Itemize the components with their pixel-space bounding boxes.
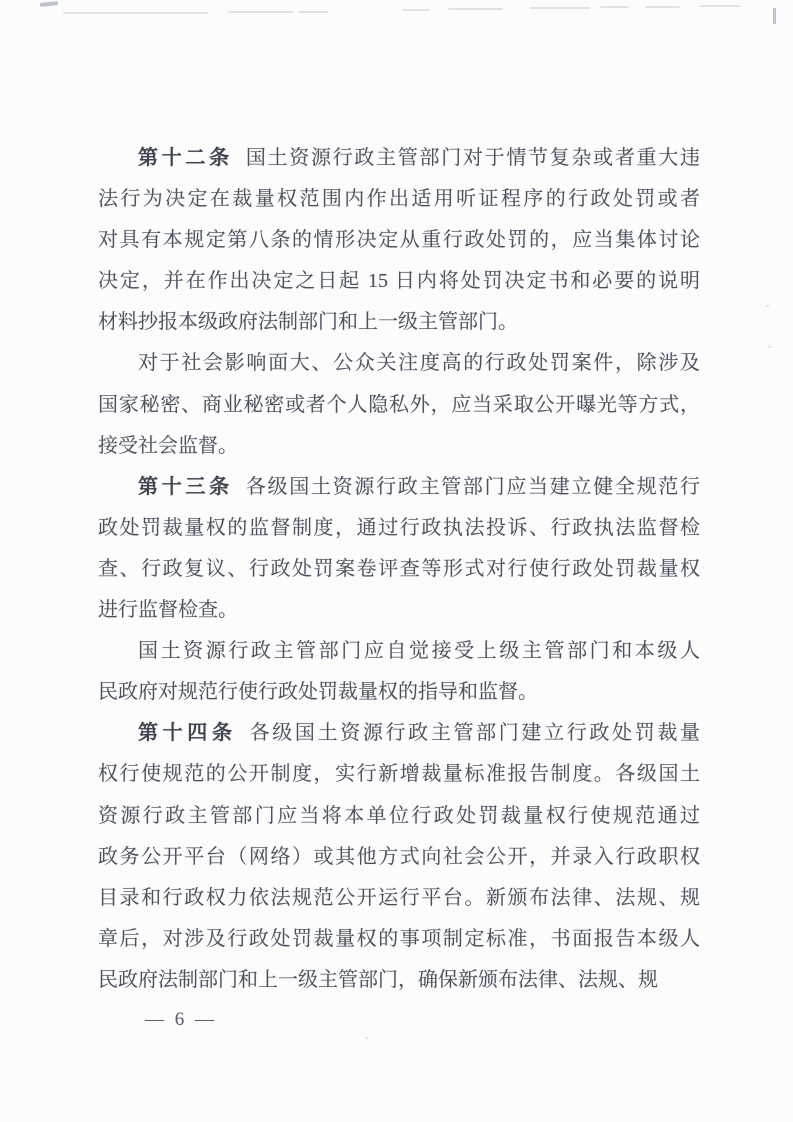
text-line: 政处罚裁量权的监督制度，通过行政执法投诉、行政执法监督检 [98,508,700,549]
text-line: 目录和行政权力依法规范公开运行平台。新颁布法律、法规、规 [98,878,700,919]
scan-artifact [298,11,328,13]
text-line: 民政府法制部门和上一级主管部门，确保新颁布法律、法规、规 [98,960,700,1001]
text-line: 决定，并在作出决定之日起 15 日内将处罚决定书和必要的说明 [98,261,700,302]
scan-artifact [530,7,590,9]
text-line: 查、行政复议、行政处罚案卷评查等形式对行使行政处罚裁量权 [98,549,700,590]
text-line: 进行监督检查。 [98,590,700,631]
article-number: 第十四条 [138,722,237,744]
text-line: 政务公开平台（网络）或其他方式向社会公开，并录入行政职权 [98,837,700,878]
text-line: 第十二条国土资源行政主管部门对于情节复杂或者重大违 [98,138,700,179]
text-line: 接受社会监督。 [98,426,700,467]
text-line: 资源行政主管部门应当将本单位行政处罚裁量权行使规范通过 [98,796,700,837]
scanned-document-page: 第十二条国土资源行政主管部门对于情节复杂或者重大违法行为决定在裁量权范围内作出适… [0,0,793,1122]
text-line: 材料抄报本级政府法制部门和上一级主管部门。 [98,302,700,343]
scan-artifact [645,6,680,8]
scan-artifact [402,9,430,11]
document-body: 第十二条国土资源行政主管部门对于情节复杂或者重大违法行为决定在裁量权范围内作出适… [98,138,700,1001]
scan-speck [768,346,771,348]
text-line: 法行为决定在裁量权范围内作出适用听证程序的行政处罚或者 [98,179,700,220]
scan-speck [766,305,769,307]
scan-artifact [600,6,628,8]
text-line: 章后，对涉及行政处罚裁量权的事项制定标准，书面报告本级人 [98,919,700,960]
scan-artifact [63,12,208,14]
page-number: — 6 — [145,1009,217,1031]
text-line: 国土资源行政主管部门应自觉接受上级主管部门和本级人 [98,631,700,672]
text-line: 国家秘密、商业秘密或者个人隐私外，应当采取公开曝光等方式， [98,385,700,426]
text-line: 民政府对规范行使行政处罚裁量权的指导和监督。 [98,672,700,713]
paragraph: 第十三条各级国土资源行政主管部门应当建立健全规范行政处罚裁量权的监督制度，通过行… [98,467,700,631]
scan-speck [365,1037,368,1039]
article-number: 第十二条 [138,147,233,169]
text-line: 对于社会影响面大、公众关注度高的行政处罚案件，除涉及 [98,343,700,384]
article-number: 第十三条 [138,476,233,498]
scan-artifact [773,8,776,24]
scan-artifact [40,1,58,7]
scan-artifact [228,11,293,13]
text-line: 对具有本规定第八条的情形决定从重行政处罚的，应当集体讨论 [98,220,700,261]
scan-artifact [448,8,503,10]
text-line: 第十四条各级国土资源行政主管部门建立行政处罚裁量 [98,713,700,754]
scan-artifact [700,5,740,7]
paragraph: 第十二条国土资源行政主管部门对于情节复杂或者重大违法行为决定在裁量权范围内作出适… [98,138,700,343]
text-line: 第十三条各级国土资源行政主管部门应当建立健全规范行 [98,467,700,508]
paragraph: 国土资源行政主管部门应自觉接受上级主管部门和本级人民政府对规范行使行政处罚裁量权… [98,631,700,713]
text-line: 权行使规范的公开制度，实行新增裁量标准报告制度。各级国土 [98,754,700,795]
paragraph: 第十四条各级国土资源行政主管部门建立行政处罚裁量权行使规范的公开制度，实行新增裁… [98,713,700,1001]
paragraph: 对于社会影响面大、公众关注度高的行政处罚案件，除涉及国家秘密、商业秘密或者个人隐… [98,343,700,466]
